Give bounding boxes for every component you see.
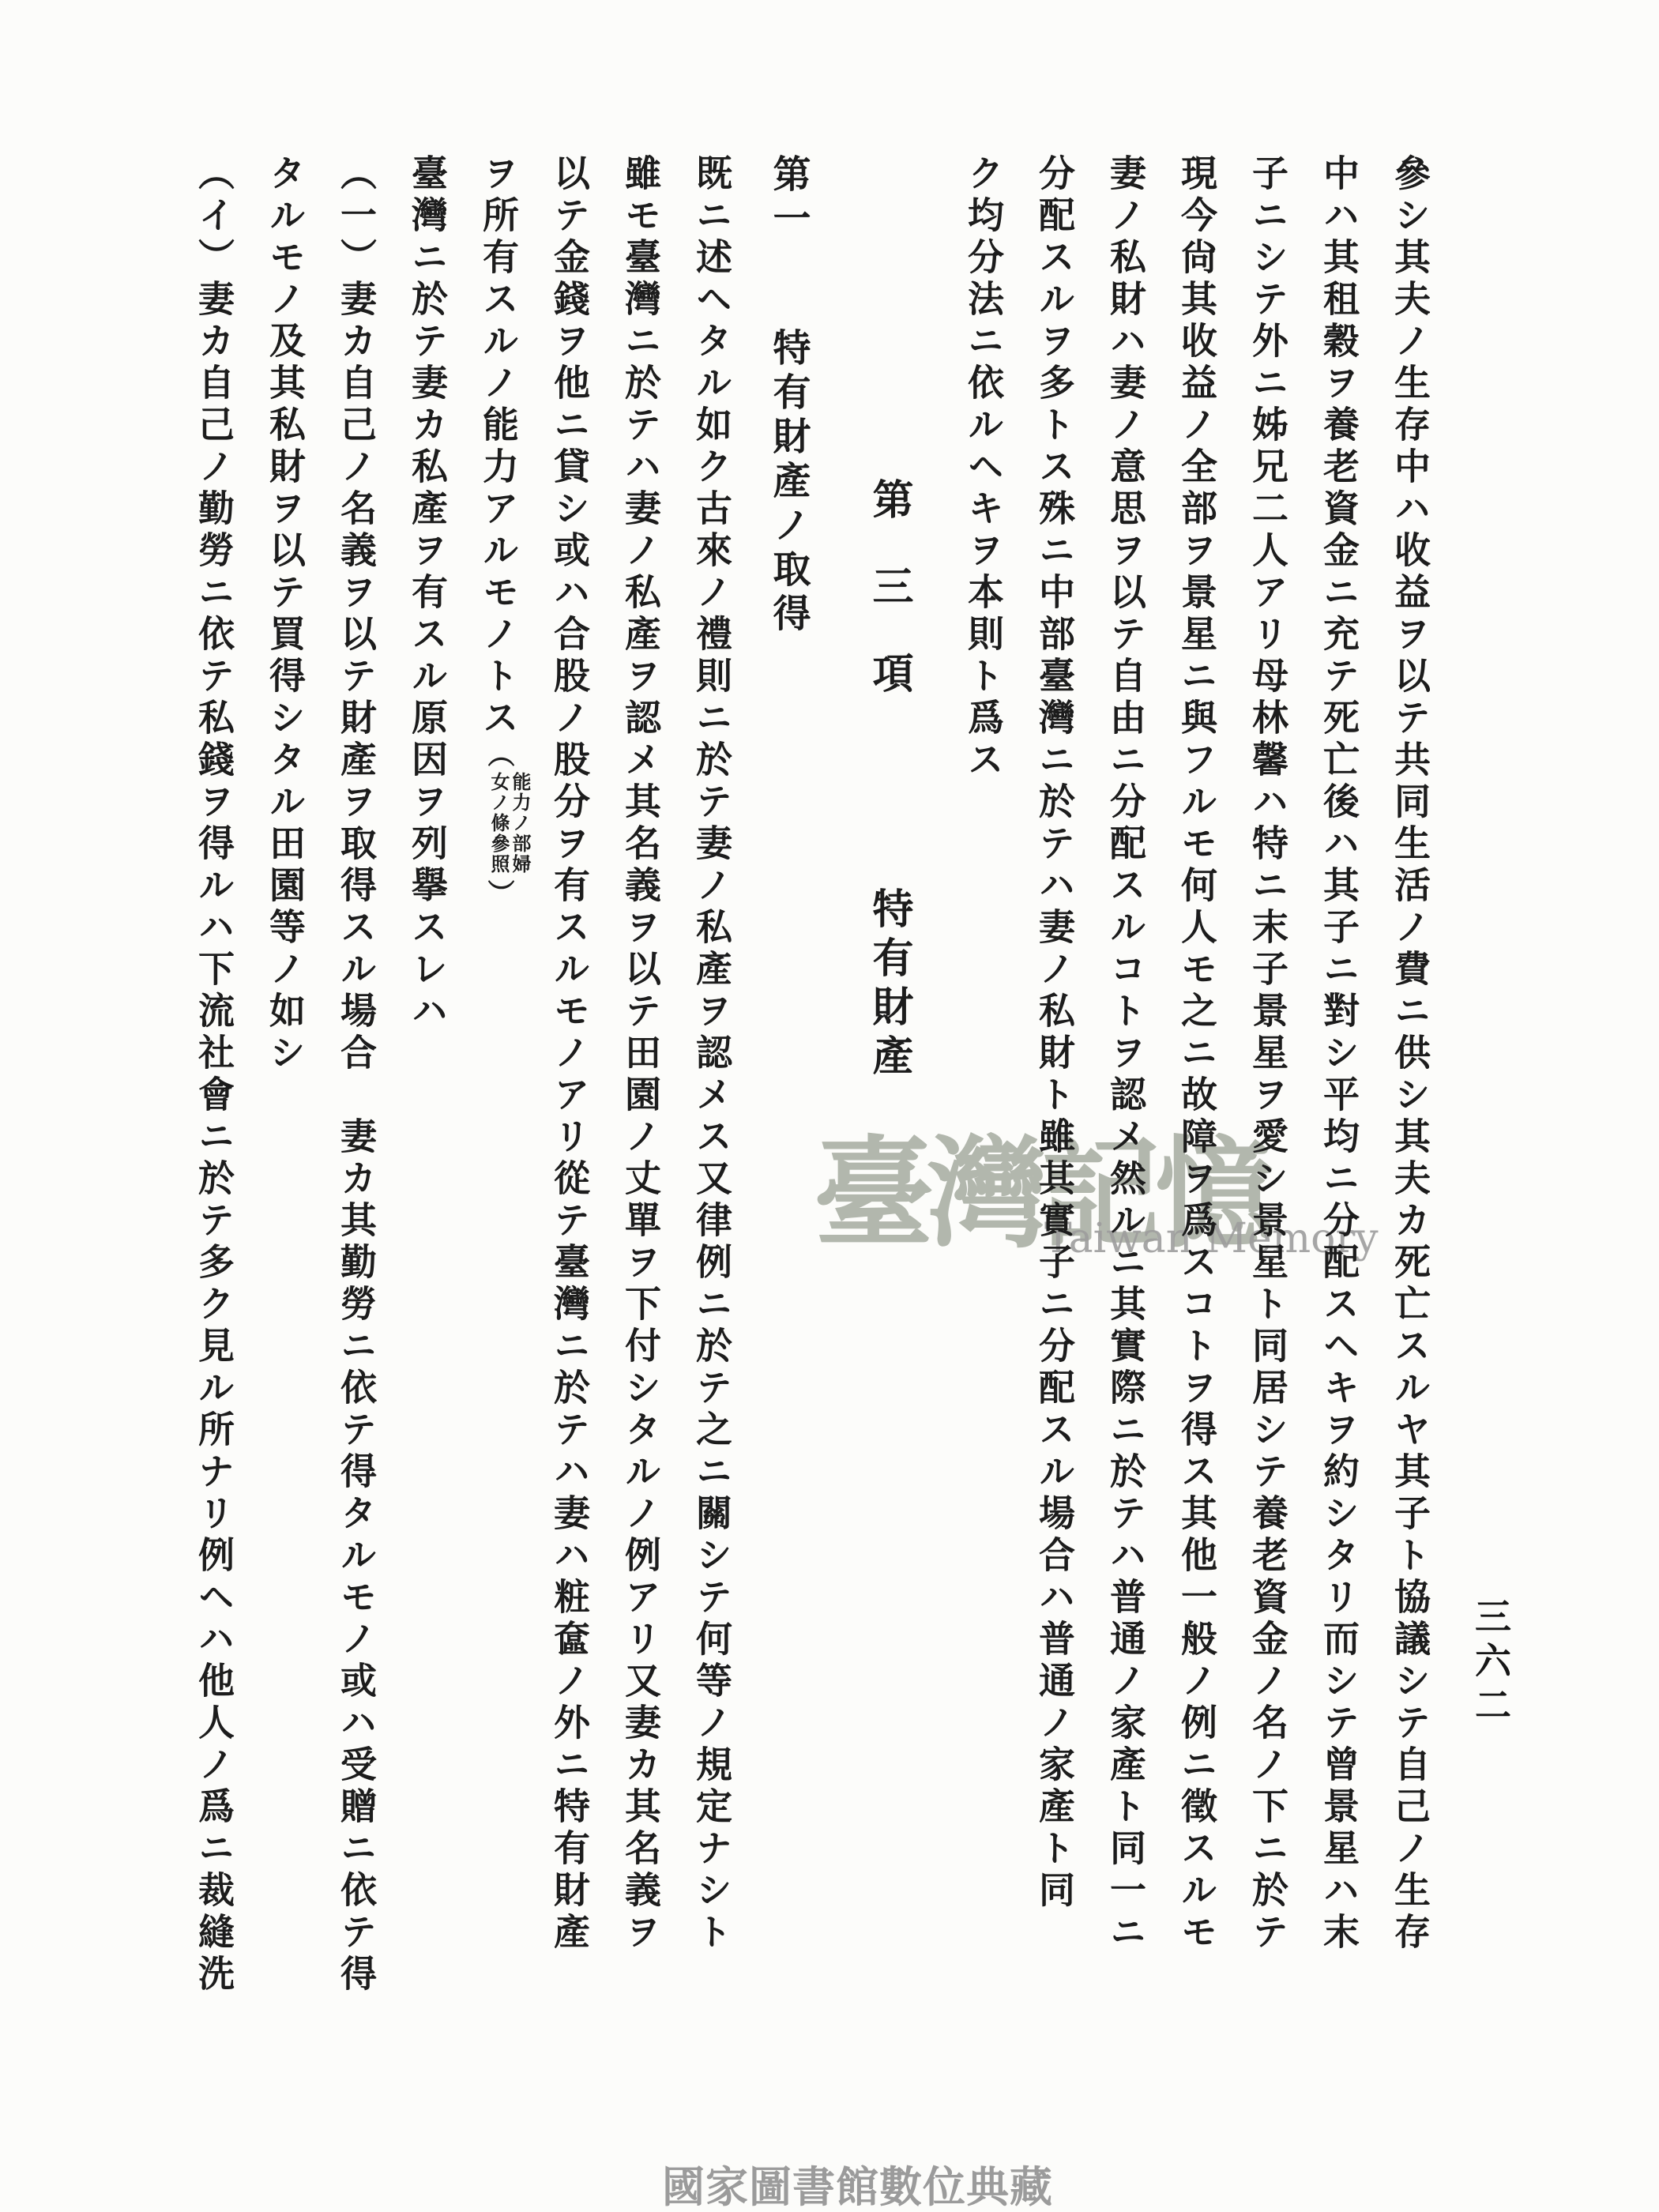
note-line-left: 女ノ條參照 (488, 772, 510, 875)
text-column: 臺灣ニ於テ妻カ私產ヲ有スル原因ヲ列擧スレハ (392, 154, 463, 2003)
text-column: 分配スルヲ多トス殊ニ中部臺灣ニ於テハ妻ノ私財ト雖其實子ニ分配スル場合ハ普通ノ家產… (1019, 154, 1090, 2003)
list-item-column: タルモノ及其私財ヲ以テ買得シタル田園等ノ如シ (250, 154, 321, 2003)
text-column: ク均分法ニ依ルヘキヲ本則ト爲ス (948, 154, 1019, 2003)
text-column: 雖モ臺灣ニ於テハ妻ノ私產ヲ認メ其名義ヲ以テ田園ノ丈單ヲ下付シタルノ例アリ又妻カ其… (605, 154, 676, 2003)
text-column-with-note: ヲ所有スルノ能力アルモノトス（能力ノ部婦女ノ條參照） (463, 154, 534, 2003)
text-column: 以テ金錢ヲ他ニ貸シ或ハ合股ノ股分ヲ有スルモノアリ從テ臺灣ニ於テハ妻ハ粧奩ノ外ニ特… (534, 154, 605, 2003)
text-column: 中ハ其租穀ヲ養老資金ニ充テ死亡後ハ其子ニ對シ平均ニ分配スヘキヲ約シタリ而シテ曾景… (1303, 154, 1375, 2003)
page-number: 三六二 (1465, 1597, 1517, 1730)
capacity-text: ヲ所有スルノ能力アルモノトス (477, 154, 520, 740)
section-number: 第三項 (829, 478, 948, 739)
document-text-block: 參シ其夫ノ生存中ハ收益ヲ以テ共同生活ノ費ニ供シ其夫カ死亡スルヤ其子ト協議シテ自己… (179, 154, 1446, 2003)
subsection-title: 特有財產ノ取得 (747, 328, 829, 638)
text-column: 現今尙其收益ノ全部ヲ景星ニ與フルモ何人モ之ニ故障ヲ爲スコトヲ得ス其他一般ノ例ニ徵… (1161, 154, 1232, 2003)
text-column: 子ニシテ外ニ姊兄二人アリ母林馨ハ特ニ末子景星ヲ愛シ景星ト同居シテ養老資金ノ名ノ下… (1232, 154, 1303, 2003)
archive-footer: 國家圖書館數位典藏 (662, 2154, 1053, 2212)
subsection-number: 第一 (747, 154, 829, 243)
text-column: 參シ其夫ノ生存中ハ收益ヲ以テ共同生活ノ費ニ供シ其夫カ死亡スルヤ其子ト協議シテ自己… (1375, 154, 1446, 2003)
text-column: 妻ノ私財ハ妻ノ意思ヲ以テ自由ニ分配スルコトヲ認メ然ルニ其實際ニ於テハ普通ノ家產ト… (1090, 154, 1161, 2003)
inline-reference-note: 能力ノ部婦女ノ條參照 (488, 772, 531, 875)
note-line-right: 能力ノ部婦 (510, 772, 531, 875)
list-item-column: （イ）妻カ自己ノ勤勞ニ依テ私錢ヲ得ルハ下流社會ニ於テ多ク見ル所ナリ例ヘハ他人ノ爲… (179, 154, 250, 2003)
list-item-column: （一）妻カ自己ノ名義ヲ以テ財產ヲ取得スル場合 妻カ其勤勞ニ依テ得タルモノ或ハ受贈… (321, 154, 392, 2003)
note-open-paren: （ (483, 740, 514, 767)
note-close-paren: ） (483, 879, 514, 906)
text-column: 既ニ述ヘタル如ク古來ノ禮則ニ於テ妻ノ私產ヲ認メス又律例ニ於テ之ニ關シテ何等ノ規定… (676, 154, 747, 2003)
section-heading-column: 第三項 特有財產 (829, 154, 948, 2003)
section-title: 特有財產 (829, 887, 948, 1083)
subsection-heading-column: 第一 特有財產ノ取得 (747, 154, 829, 2003)
